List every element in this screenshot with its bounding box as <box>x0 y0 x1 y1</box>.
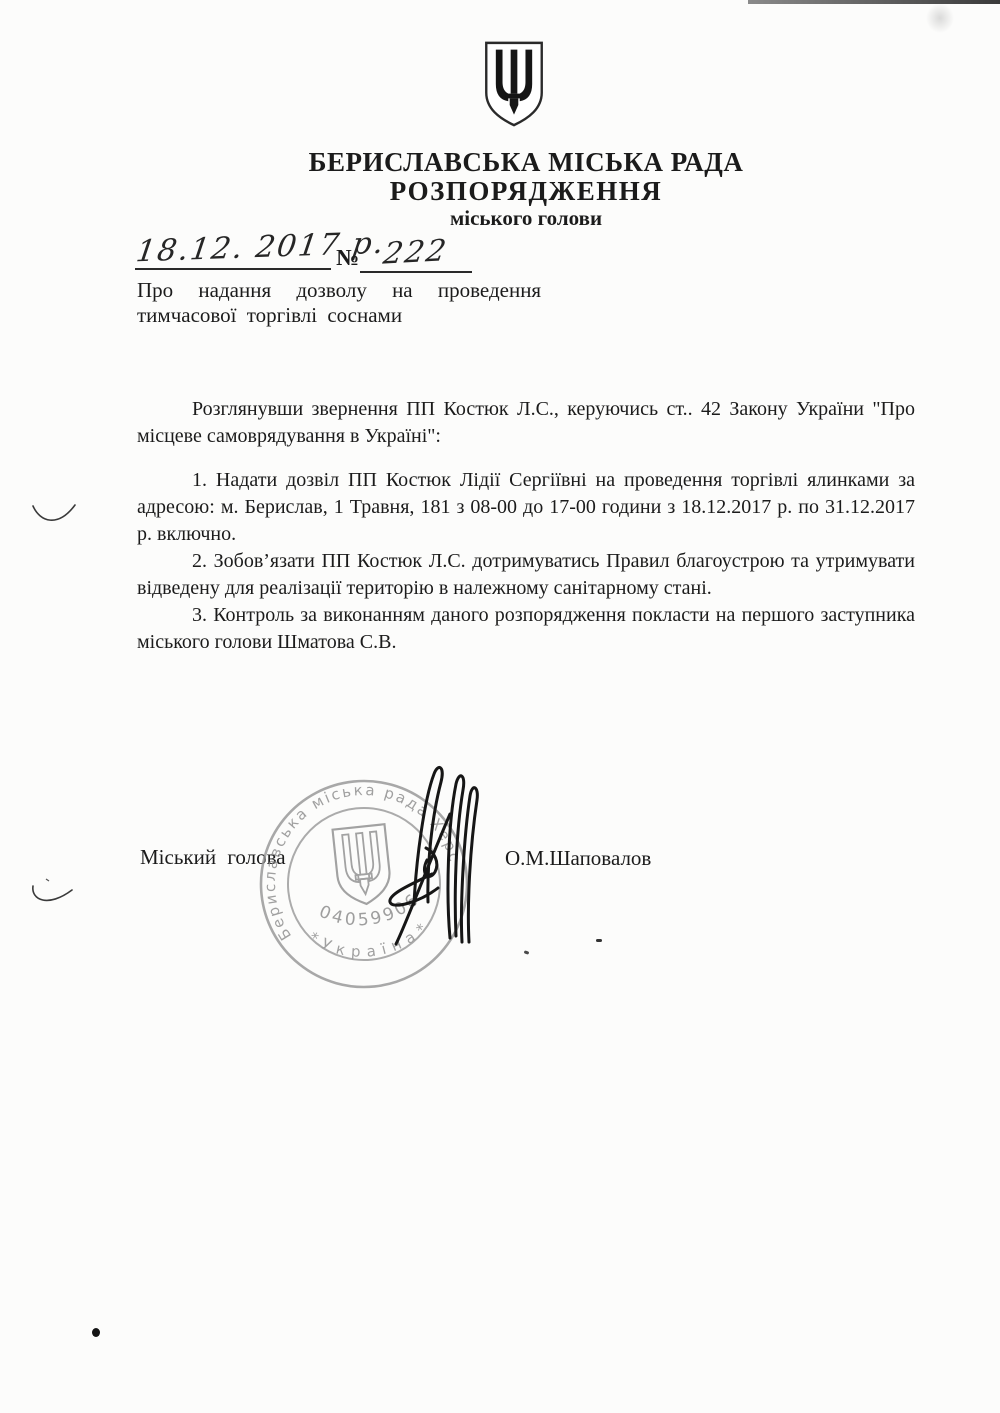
document-type-title: РОЗПОРЯДЖЕННЯ <box>26 177 1000 206</box>
organization-name: БЕРИСЛАВСЬКА МІСЬКА РАДА <box>26 148 1000 177</box>
number-field: 222 <box>360 235 472 273</box>
scan-smudge <box>926 3 954 33</box>
signer-name: О.М.Шаповалов <box>505 846 651 871</box>
pen-signature <box>368 752 498 957</box>
scan-edge-artifact <box>748 0 1000 4</box>
trident-coat-of-arms-icon <box>480 40 548 128</box>
ink-speck <box>524 950 530 955</box>
document-body: Розглянувши звернення ПП Костюк Л.С., ке… <box>137 396 915 656</box>
order-item-2: 2. Зобов’язати ПП Костюк Л.С. дотримуват… <box>137 548 915 602</box>
order-item-1: 1. Надати дозвіл ПП Костюк Лідії Сергіїв… <box>137 467 915 548</box>
order-item-3: 3. Контроль за виконанням даного розпоря… <box>137 602 915 656</box>
document-header: БЕРИСЛАВСЬКА МІСЬКА РАДА РОЗПОРЯДЖЕННЯ м… <box>26 148 1000 230</box>
subject-line-1: Про надання дозволу на проведення <box>137 278 587 303</box>
document-subtype: міського голови <box>26 206 1000 230</box>
scanned-document-page: БЕРИСЛАВСЬКА МІСЬКА РАДА РОЗПОРЯДЖЕННЯ м… <box>0 0 1000 1413</box>
ink-dot <box>92 1328 100 1337</box>
date-field: 18.12. 2017 р. <box>135 232 331 270</box>
number-sign-label: № <box>336 245 359 271</box>
margin-check-mark <box>26 876 76 912</box>
ink-speck <box>596 939 602 942</box>
subject-line-2: тимчасової торгівлі соснами <box>137 303 402 328</box>
handwritten-number: 222 <box>381 233 450 271</box>
preamble-paragraph: Розглянувши звернення ПП Костюк Л.С., ке… <box>137 396 915 450</box>
margin-check-mark <box>30 500 78 530</box>
